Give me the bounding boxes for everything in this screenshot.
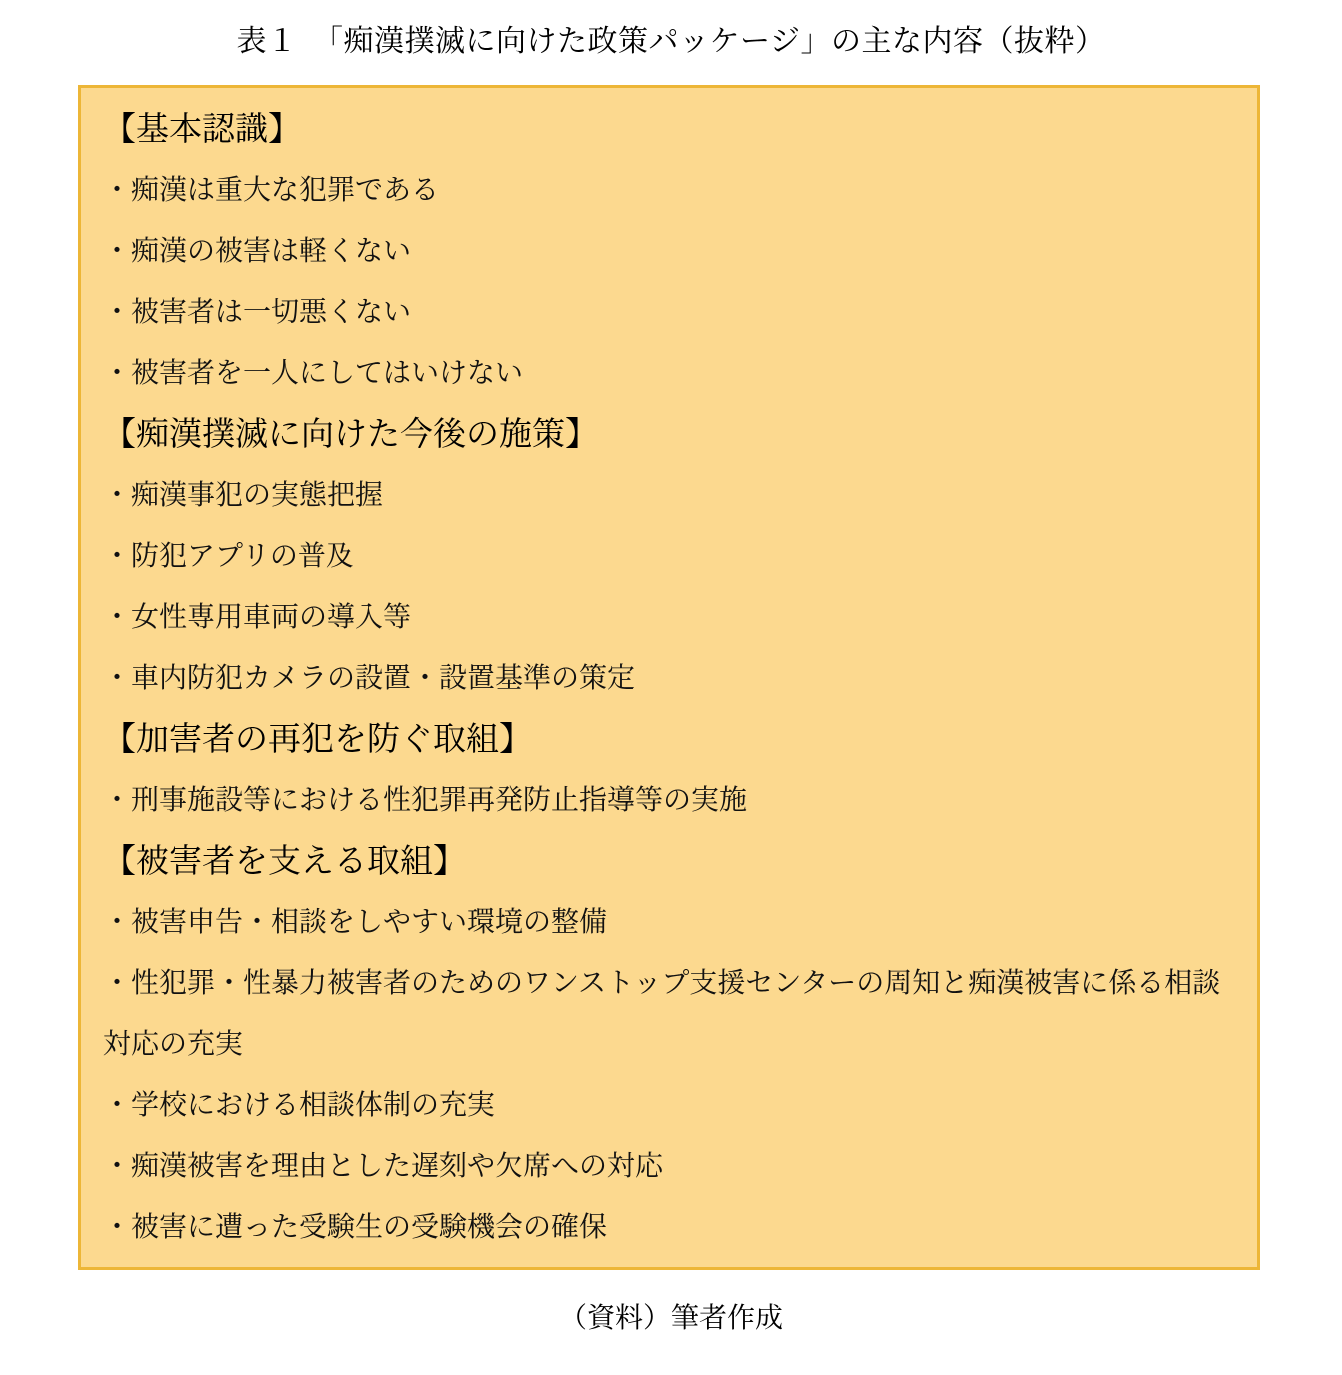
policy-item: ・女性専用車両の導入等 [103,586,1235,647]
table-title: 表１ 「痴漢撲滅に向けた政策パッケージ」の主な内容（抜粋） [0,16,1342,60]
section-header-recidivism-prevention: 【加害者の再犯を防ぐ取組】 [103,708,1235,769]
policy-item: ・被害者は一切悪くない [103,281,1235,342]
page: 表１ 「痴漢撲滅に向けた政策パッケージ」の主な内容（抜粋） 【基本認識】 ・痴漢… [0,0,1342,1375]
section-header-future-measures: 【痴漢撲滅に向けた今後の施策】 [103,403,1235,464]
policy-item: ・痴漢の被害は軽くない [103,220,1235,281]
policy-item: ・被害者を一人にしてはいけない [103,342,1235,403]
policy-item: ・性犯罪・性暴力被害者のためのワンストップ支援センターの周知と痴漢被害に係る相談… [103,952,1235,1074]
policy-item: ・車内防犯カメラの設置・設置基準の策定 [103,647,1235,708]
section-header-basic-recognition: 【基本認識】 [103,98,1235,159]
policy-item: ・刑事施設等における性犯罪再発防止指導等の実施 [103,769,1235,830]
policy-item: ・防犯アプリの普及 [103,525,1235,586]
policy-item: ・痴漢事犯の実態把握 [103,464,1235,525]
policy-item: ・痴漢は重大な犯罪である [103,159,1235,220]
source-note: （資料）筆者作成 [0,1296,1342,1336]
section-header-victim-support: 【被害者を支える取組】 [103,830,1235,891]
policy-item: ・学校における相談体制の充実 [103,1074,1235,1135]
policy-item: ・痴漢被害を理由とした遅刻や欠席への対応 [103,1135,1235,1196]
policy-package-box: 【基本認識】 ・痴漢は重大な犯罪である ・痴漢の被害は軽くない ・被害者は一切悪… [78,85,1260,1270]
policy-item: ・被害申告・相談をしやすい環境の整備 [103,891,1235,952]
policy-item: ・被害に遭った受験生の受験機会の確保 [103,1196,1235,1257]
